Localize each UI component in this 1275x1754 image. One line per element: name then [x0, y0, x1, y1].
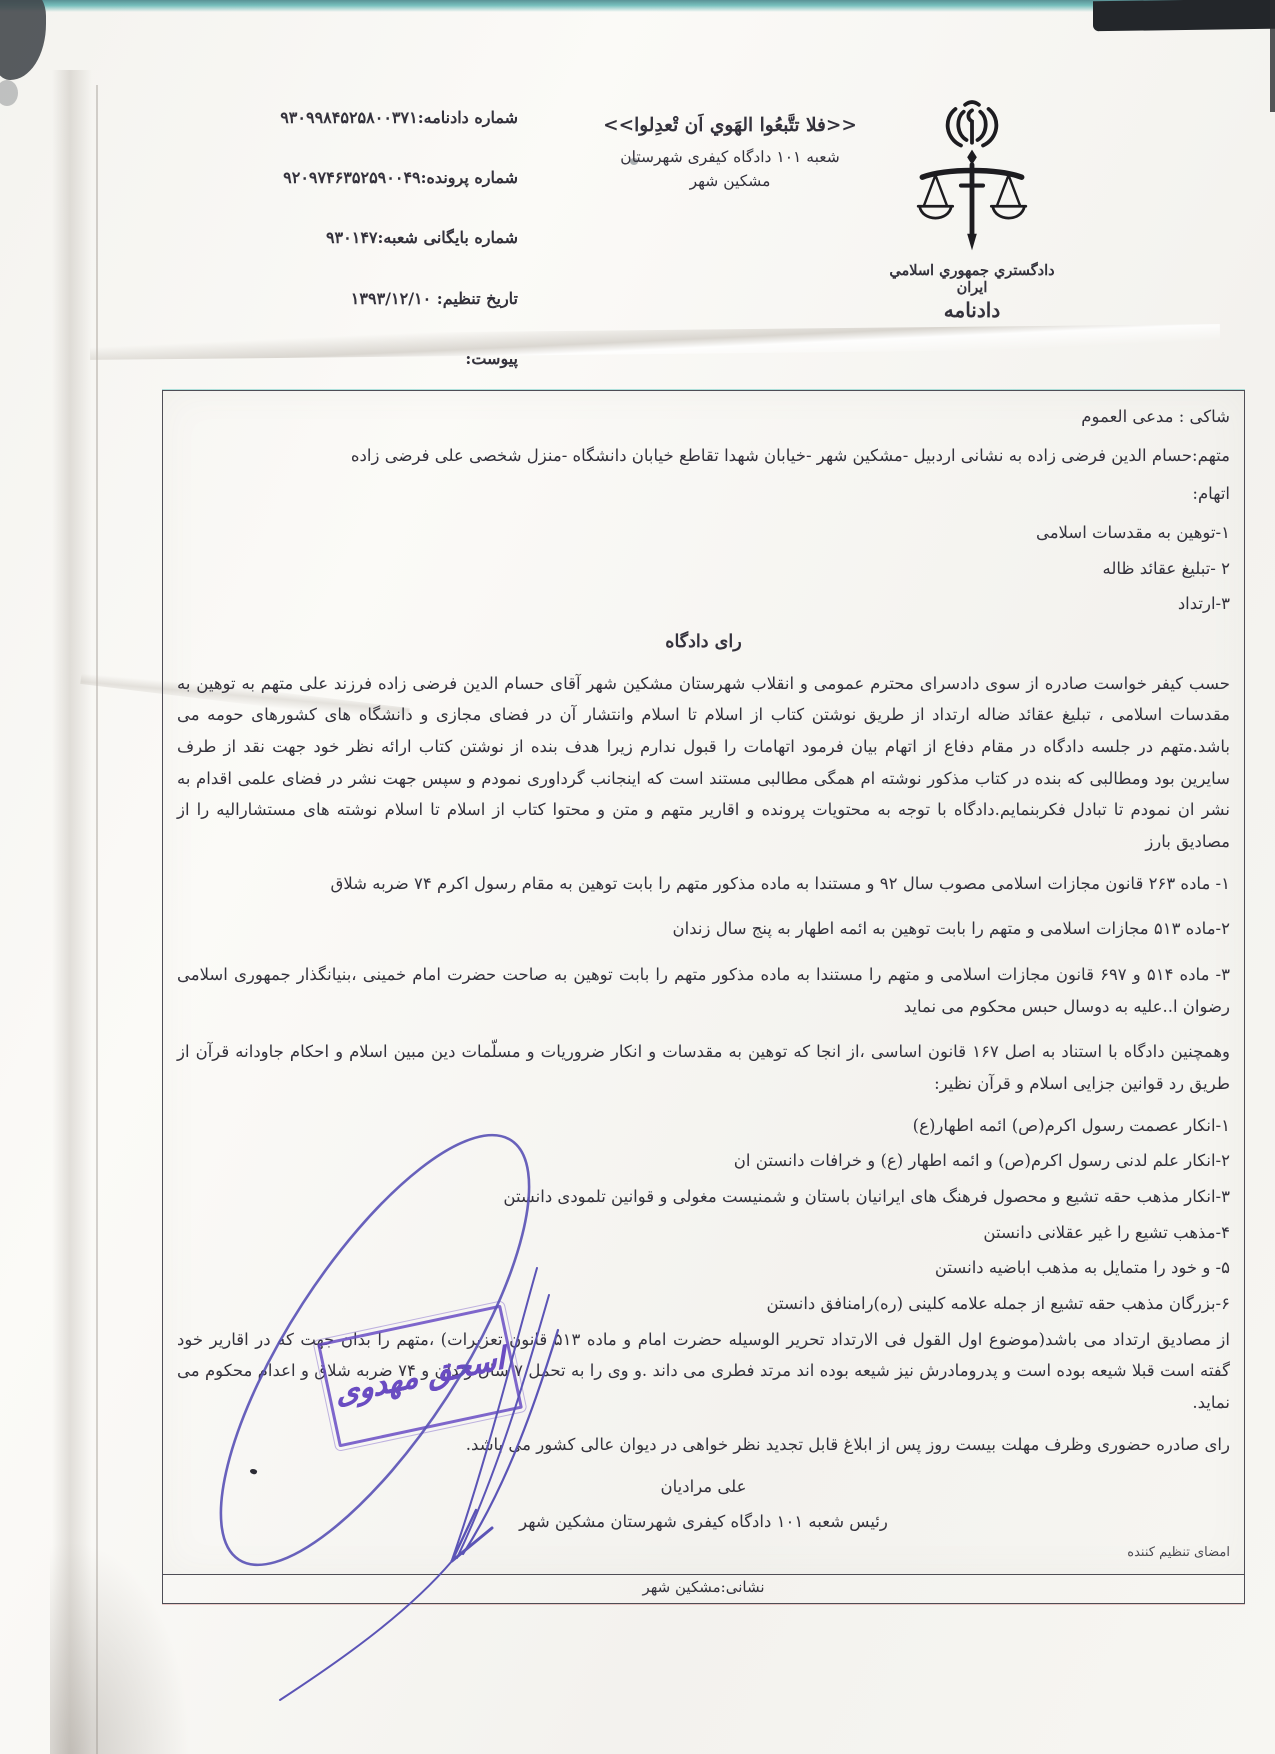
scan-artifact-corner-blob — [0, 0, 46, 80]
attachment-label: پیوست: — [465, 349, 518, 368]
scan-artifact-left-shadow — [52, 70, 92, 1754]
case-metadata: شماره دادنامه:۹۳۰۹۹۸۴۵۲۵۸۰۰۳۷۱ شماره پرو… — [208, 108, 518, 409]
issue-date-row: تاریخ تنظیم: ۱۳۹۳/۱۲/۱۰ — [208, 289, 518, 308]
case-number-row: شماره پرونده:۹۲۰۹۷۴۶۳۵۲۵۹۰۰۴۹ — [208, 168, 518, 187]
charge-item-1: ۱-توهین به مقدسات اسلامی — [177, 517, 1230, 549]
scan-artifact-top-right-bar — [1093, 0, 1275, 31]
archive-number-label: شماره بایگانی شعبه: — [378, 228, 519, 247]
apostasy-instance-6: ۶-بزرگان مذهب حقه تشیع از جمله علامه کلی… — [177, 1288, 1230, 1320]
judge-signature-block: علی مرادیان رئیس شعبه ۱۰۱ دادگاه کیفری ش… — [177, 1470, 1230, 1539]
defendant-line: متهم:حسام الدین فرضی زاده به نشانی اردبی… — [177, 440, 1230, 472]
quran-quote: <<فلا تتَّبعُوا الهَوي اَن تْعدِلوا>> — [563, 112, 897, 141]
verdict-number-value: ۹۳۰۹۹۸۴۵۲۵۸۰۰۳۷۱ — [280, 108, 418, 127]
sentence-item-3: ۳- ماده ۵۱۴ و ۶۹۷ قانون مجازات اسلامی و … — [177, 959, 1230, 1022]
plaintiff-line: شاکی : مدعی العموم — [177, 401, 1230, 433]
judge-title: رئیس شعبه ۱۰۱ دادگاه کیفری شهرستان مشکین… — [177, 1505, 1230, 1540]
archive-number-value: ۹۳۰۱۴۷ — [326, 228, 378, 247]
scan-artifact-paper-edge — [96, 85, 98, 1754]
charges-label: اتهام: — [177, 478, 1230, 510]
sentence-item-2: ۲-ماده ۵۱۳ مجازات اسلامی و متهم را بابت … — [177, 913, 1230, 945]
constitution-clause: وهمچنین دادگاه با استناد به اصل ۱۶۷ قانو… — [177, 1036, 1230, 1099]
verdict-number-row: شماره دادنامه:۹۳۰۹۹۸۴۵۲۵۸۰۰۳۷۱ — [208, 108, 518, 127]
case-number-value: ۹۲۰۹۷۴۶۳۵۲۵۹۰۰۴۹ — [283, 168, 421, 187]
judiciary-emblem-block: دادگستري جمهوري اسلامي ايران دادنامه — [872, 100, 1072, 322]
justice-scales-emblem-icon — [903, 100, 1041, 260]
case-number-label: شماره پرونده: — [421, 168, 518, 187]
apostasy-instance-4: ۴-مذهب تشیع را غیر عقلانی دانستن — [177, 1217, 1230, 1249]
sentence-item-1: ۱- ماده ۲۶۳ قانون مجازات اسلامی مصوب سال… — [177, 868, 1230, 900]
address-footer: نشانی:مشکین شهر — [162, 1575, 1245, 1604]
apostasy-instance-1: ۱-انکار عصمت رسول اکرم(ص) ائمه اطهار(ع) — [177, 1110, 1230, 1142]
branch-name-line1: شعبه ۱۰۱ دادگاه کیفری شهرستان — [563, 145, 897, 169]
scanned-court-document: شماره دادنامه:۹۳۰۹۹۸۴۵۲۵۸۰۰۳۷۱ شماره پرو… — [0, 0, 1275, 1754]
scan-artifact-top-strip — [0, 0, 1275, 12]
verdict-frame: شاکی : مدعی العموم متهم:حسام الدین فرضی … — [162, 390, 1245, 1575]
ruling-title: رای دادگاه — [177, 626, 1230, 660]
signer-label: امضای تنظیم کننده — [1127, 1541, 1230, 1566]
issue-date-value: ۱۳۹۳/۱۲/۱۰ — [351, 289, 431, 308]
branch-name-line2: مشکین شهر — [563, 169, 897, 193]
judge-name: علی مرادیان — [177, 1470, 1230, 1505]
document-type-title: دادنامه — [872, 298, 1072, 322]
charge-item-2: ۲ -تبلیغ عقائد ظاله — [177, 553, 1230, 585]
appeal-note: رای صادره حضوری وظرف مهلت بیست روز پس از… — [177, 1429, 1230, 1461]
verdict-number-label: شماره دادنامه: — [418, 108, 518, 127]
archive-number-row: شماره بایگانی شعبه:۹۳۰۱۴۷ — [208, 228, 518, 247]
judiciary-org-name: دادگستري جمهوري اسلامي ايران — [872, 262, 1072, 296]
court-address: نشانی:مشکین شهر — [642, 1578, 764, 1596]
apostasy-instance-3: ۳-انکار مذهب حقه تشیع و محصول فرهنگ های … — [177, 1181, 1230, 1213]
scan-artifact-corner-blob-2 — [0, 80, 18, 106]
apostasy-instance-2: ۲-انکار علم لدنی رسول اکرم(ص) و ائمه اطه… — [177, 1145, 1230, 1177]
ruling-intro-paragraph: حسب کیفر خواست صادره از سوی دادسرای محتر… — [177, 668, 1230, 858]
apostasy-instance-5: ۵- و خود را متمایل به مذهب اباضیه دانستن — [177, 1252, 1230, 1284]
court-branch-header: <<فلا تتَّبعُوا الهَوي اَن تْعدِلوا>> شع… — [563, 112, 897, 193]
attachment-row: پیوست: — [208, 349, 518, 368]
issue-date-label: تاریخ تنظیم: — [437, 289, 518, 308]
scan-artifact-right-edge — [1270, 0, 1275, 112]
charge-item-3: ۳-ارتداد — [177, 588, 1230, 620]
stamp-text: اسحق مهدوی — [335, 1340, 506, 1411]
document-body: شاکی : مدعی العموم متهم:حسام الدین فرضی … — [162, 390, 1245, 1604]
